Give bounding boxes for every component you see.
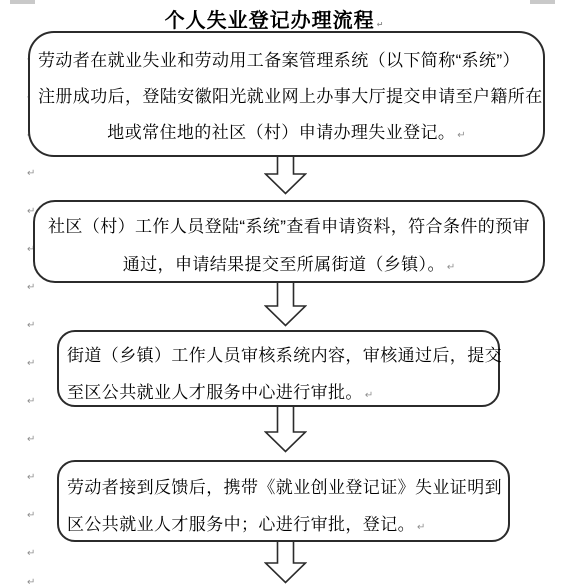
paragraph-mark-icon: ↵ [27, 511, 35, 521]
flow-box-step-1[interactable]: 劳动者在就业失业和劳动用工备案管理系统（以下简称“系统”） 注册成功后，登陆安徽… [28, 31, 545, 157]
paragraph-mark-icon: ↵ [27, 549, 35, 559]
paragraph-mark-icon: ↵ [365, 377, 373, 414]
page-title-text: 个人失业登记办理流程 [165, 10, 375, 32]
paragraph-mark-icon: ↵ [27, 321, 35, 331]
flow-box-step-4[interactable]: 劳动者接到反馈后，携带《就业创业登记证》失业证明到 区公共就业人才服务中；心进行… [57, 460, 510, 542]
paragraph-mark-icon: ↵ [457, 118, 465, 154]
flow-box-text-line: 注册成功后，登陆安徽阳光就业网上办事大厅提交申请至户籍所在 [38, 79, 535, 115]
document-page: 个人失业登记办理流程↵ 劳动者在就业失业和劳动用工备案管理系统（以下简称“系统”… [0, 0, 575, 588]
paragraph-mark-icon: ↵ [27, 283, 35, 293]
paragraph-mark-icon: ↵ [417, 509, 425, 546]
paragraph-mark-icon: ↵ [27, 397, 35, 407]
flow-box-text-line: 劳动者在就业失业和劳动用工备案管理系统（以下简称“系统”） [38, 43, 535, 79]
paragraph-mark-icon: ↵ [377, 20, 384, 29]
flow-box-step-3[interactable]: 街道（乡镇）工作人员审核系统内容，审核通过后，提交 至区公共就业人才服务中心进行… [57, 330, 500, 407]
paragraph-mark-icon: ↵ [27, 435, 35, 445]
flow-box-text-line: 地或常住地的社区（村）申请办理失业登记。↵ [38, 115, 535, 154]
flow-box-step-2[interactable]: 社区（村）工作人员登陆“系统”查看申请资料，符合条件的预审 通过，申请结果提交至… [33, 200, 545, 283]
paragraph-mark-icon: ↵ [447, 249, 455, 287]
down-block-arrow-icon[interactable] [264, 540, 307, 584]
flow-box-text-line: 社区（村）工作人员登陆“系统”查看申请资料，符合条件的预审 [39, 208, 539, 246]
flow-box-text-line: 区公共就业人才服务中；心进行审批，登记。↵ [67, 506, 500, 546]
flow-box-text-line: 街道（乡镇）工作人员审核系统内容，审核通过后，提交 [67, 337, 490, 374]
page-title: 个人失业登记办理流程↵ [0, 4, 548, 33]
flow-box-text-line: 通过，申请结果提交至所属街道（乡镇）。↵ [39, 246, 539, 287]
paragraph-mark-icon: ↵ [27, 578, 35, 588]
flow-box-text-line: 至区公共就业人才服务中心进行审批。↵ [67, 374, 490, 414]
paragraph-mark-icon: ↵ [27, 359, 35, 369]
down-block-arrow-icon[interactable] [264, 281, 307, 327]
flow-box-text-line: 劳动者接到反馈后，携带《就业创业登记证》失业证明到 [67, 469, 500, 506]
paragraph-mark-icon: ↵ [27, 169, 35, 179]
paragraph-mark-icon: ↵ [27, 473, 35, 483]
down-block-arrow-icon[interactable] [264, 155, 307, 195]
